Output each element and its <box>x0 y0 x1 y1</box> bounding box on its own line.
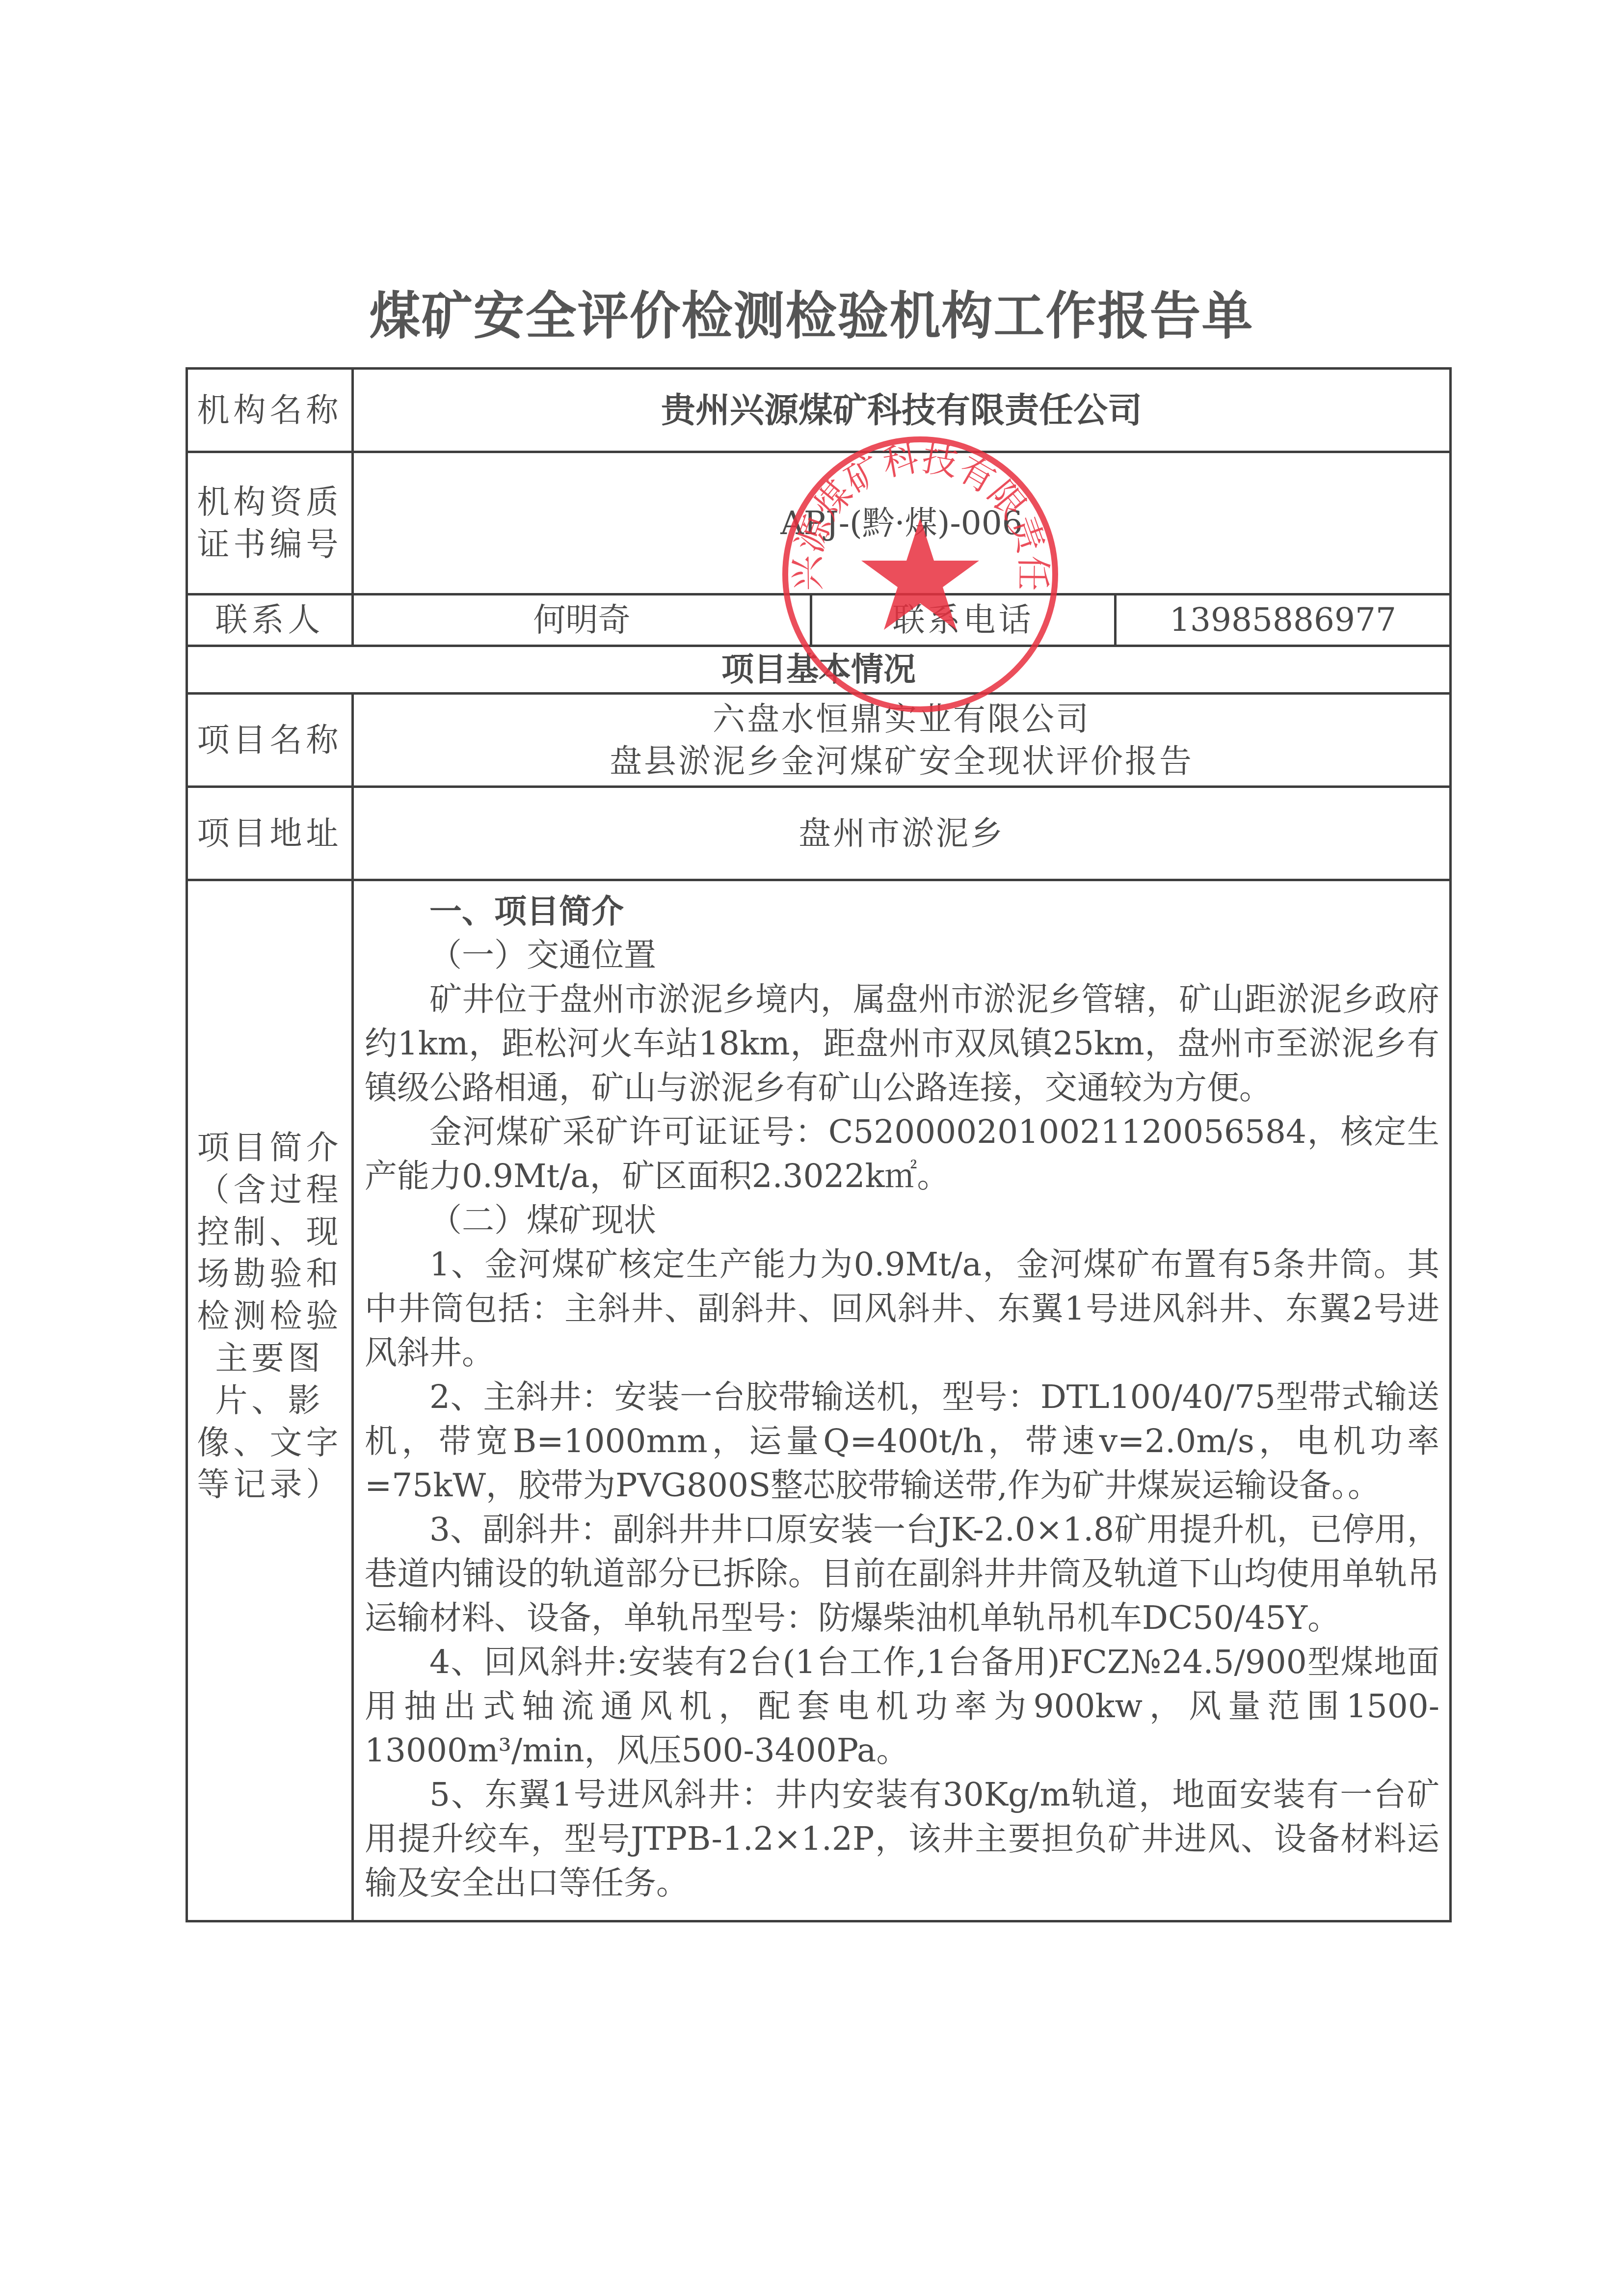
org-cert-label: 机构资质证书编号 <box>187 452 353 594</box>
project-name-label: 项目名称 <box>187 694 353 787</box>
org-cert-value: APJ-(黔·煤)-006 <box>353 452 1451 594</box>
project-section-heading: 项目基本情况 <box>187 646 1451 694</box>
org-name-label: 机构名称 <box>187 369 353 452</box>
document-title: 煤矿安全评价检测检验机构工作报告单 <box>0 275 1623 349</box>
intro-paragraph-license: 金河煤矿采矿许可证证号：C5200002010021120056584，核定生产… <box>365 1110 1439 1198</box>
project-name-cell: 六盘水恒鼎实业有限公司 盘县淤泥乡金河煤矿安全现状评价报告 <box>353 694 1451 787</box>
project-intro-row: 项目简介（含过程控制、现场勘验和检测检验主要图片、影像、文字等记录） 一、项目简… <box>187 880 1451 1921</box>
org-name-row: 机构名称 贵州兴源煤矿科技有限责任公司 <box>187 369 1451 452</box>
phone-label: 联系电话 <box>811 594 1116 646</box>
intro-subheading-status: （二）煤矿现状 <box>365 1198 1439 1243</box>
org-name-value: 贵州兴源煤矿科技有限责任公司 <box>353 369 1451 452</box>
intro-paragraph-auxiliary-incline: 3、副斜井：副斜井井口原安装一台JK-2.0×1.8矿用提升机，已停用，巷道内铺… <box>365 1508 1439 1640</box>
intro-subheading-traffic: （一）交通位置 <box>365 933 1439 977</box>
project-name-line2: 盘县淤泥乡金河煤矿安全现状评价报告 <box>354 740 1449 783</box>
project-name-row: 项目名称 六盘水恒鼎实业有限公司 盘县淤泥乡金河煤矿安全现状评价报告 <box>187 694 1451 787</box>
contact-value: 何明奇 <box>353 594 811 646</box>
project-intro-body: 一、项目简介 （一）交通位置 矿井位于盘州市淤泥乡境内，属盘州市淤泥乡管辖，矿山… <box>353 880 1451 1921</box>
intro-paragraph-east-intake: 5、东翼1号进风斜井：井内安装有30Kg/m轨道，地面安装有一台矿用提升绞车，型… <box>365 1773 1439 1905</box>
project-address-label: 项目地址 <box>187 787 353 880</box>
phone-value: 13985886977 <box>1116 594 1451 646</box>
contact-label: 联系人 <box>187 594 353 646</box>
intro-paragraph-return-air: 4、回风斜井:安装有2台(1台工作,1台备用)FCZ№24.5/900型煤地面用… <box>365 1640 1439 1773</box>
intro-paragraph-shafts: 1、金河煤矿核定生产能力为0.9Mt/a，金河煤矿布置有5条井筒。其中井筒包括：… <box>365 1243 1439 1375</box>
project-intro-label: 项目简介（含过程控制、现场勘验和检测检验主要图片、影像、文字等记录） <box>187 880 353 1921</box>
project-address-value: 盘州市淤泥乡 <box>353 787 1451 880</box>
project-section-row: 项目基本情况 <box>187 646 1451 694</box>
org-cert-row: 机构资质证书编号 APJ-(黔·煤)-006 <box>187 452 1451 594</box>
project-address-row: 项目地址 盘州市淤泥乡 <box>187 787 1451 880</box>
contact-row: 联系人 何明奇 联系电话 13985886977 <box>187 594 1451 646</box>
intro-paragraph-traffic: 矿井位于盘州市淤泥乡境内，属盘州市淤泥乡管辖，矿山距淤泥乡政府约1km，距松河火… <box>365 977 1439 1110</box>
report-table: 机构名称 贵州兴源煤矿科技有限责任公司 机构资质证书编号 APJ-(黔·煤)-0… <box>186 367 1452 1922</box>
intro-paragraph-main-incline: 2、主斜井：安装一台胶带输送机，型号：DTL100/40/75型带式输送机，带宽… <box>365 1375 1439 1508</box>
intro-heading: 一、项目简介 <box>365 889 1439 933</box>
project-name-line1: 六盘水恒鼎实业有限公司 <box>354 698 1449 740</box>
